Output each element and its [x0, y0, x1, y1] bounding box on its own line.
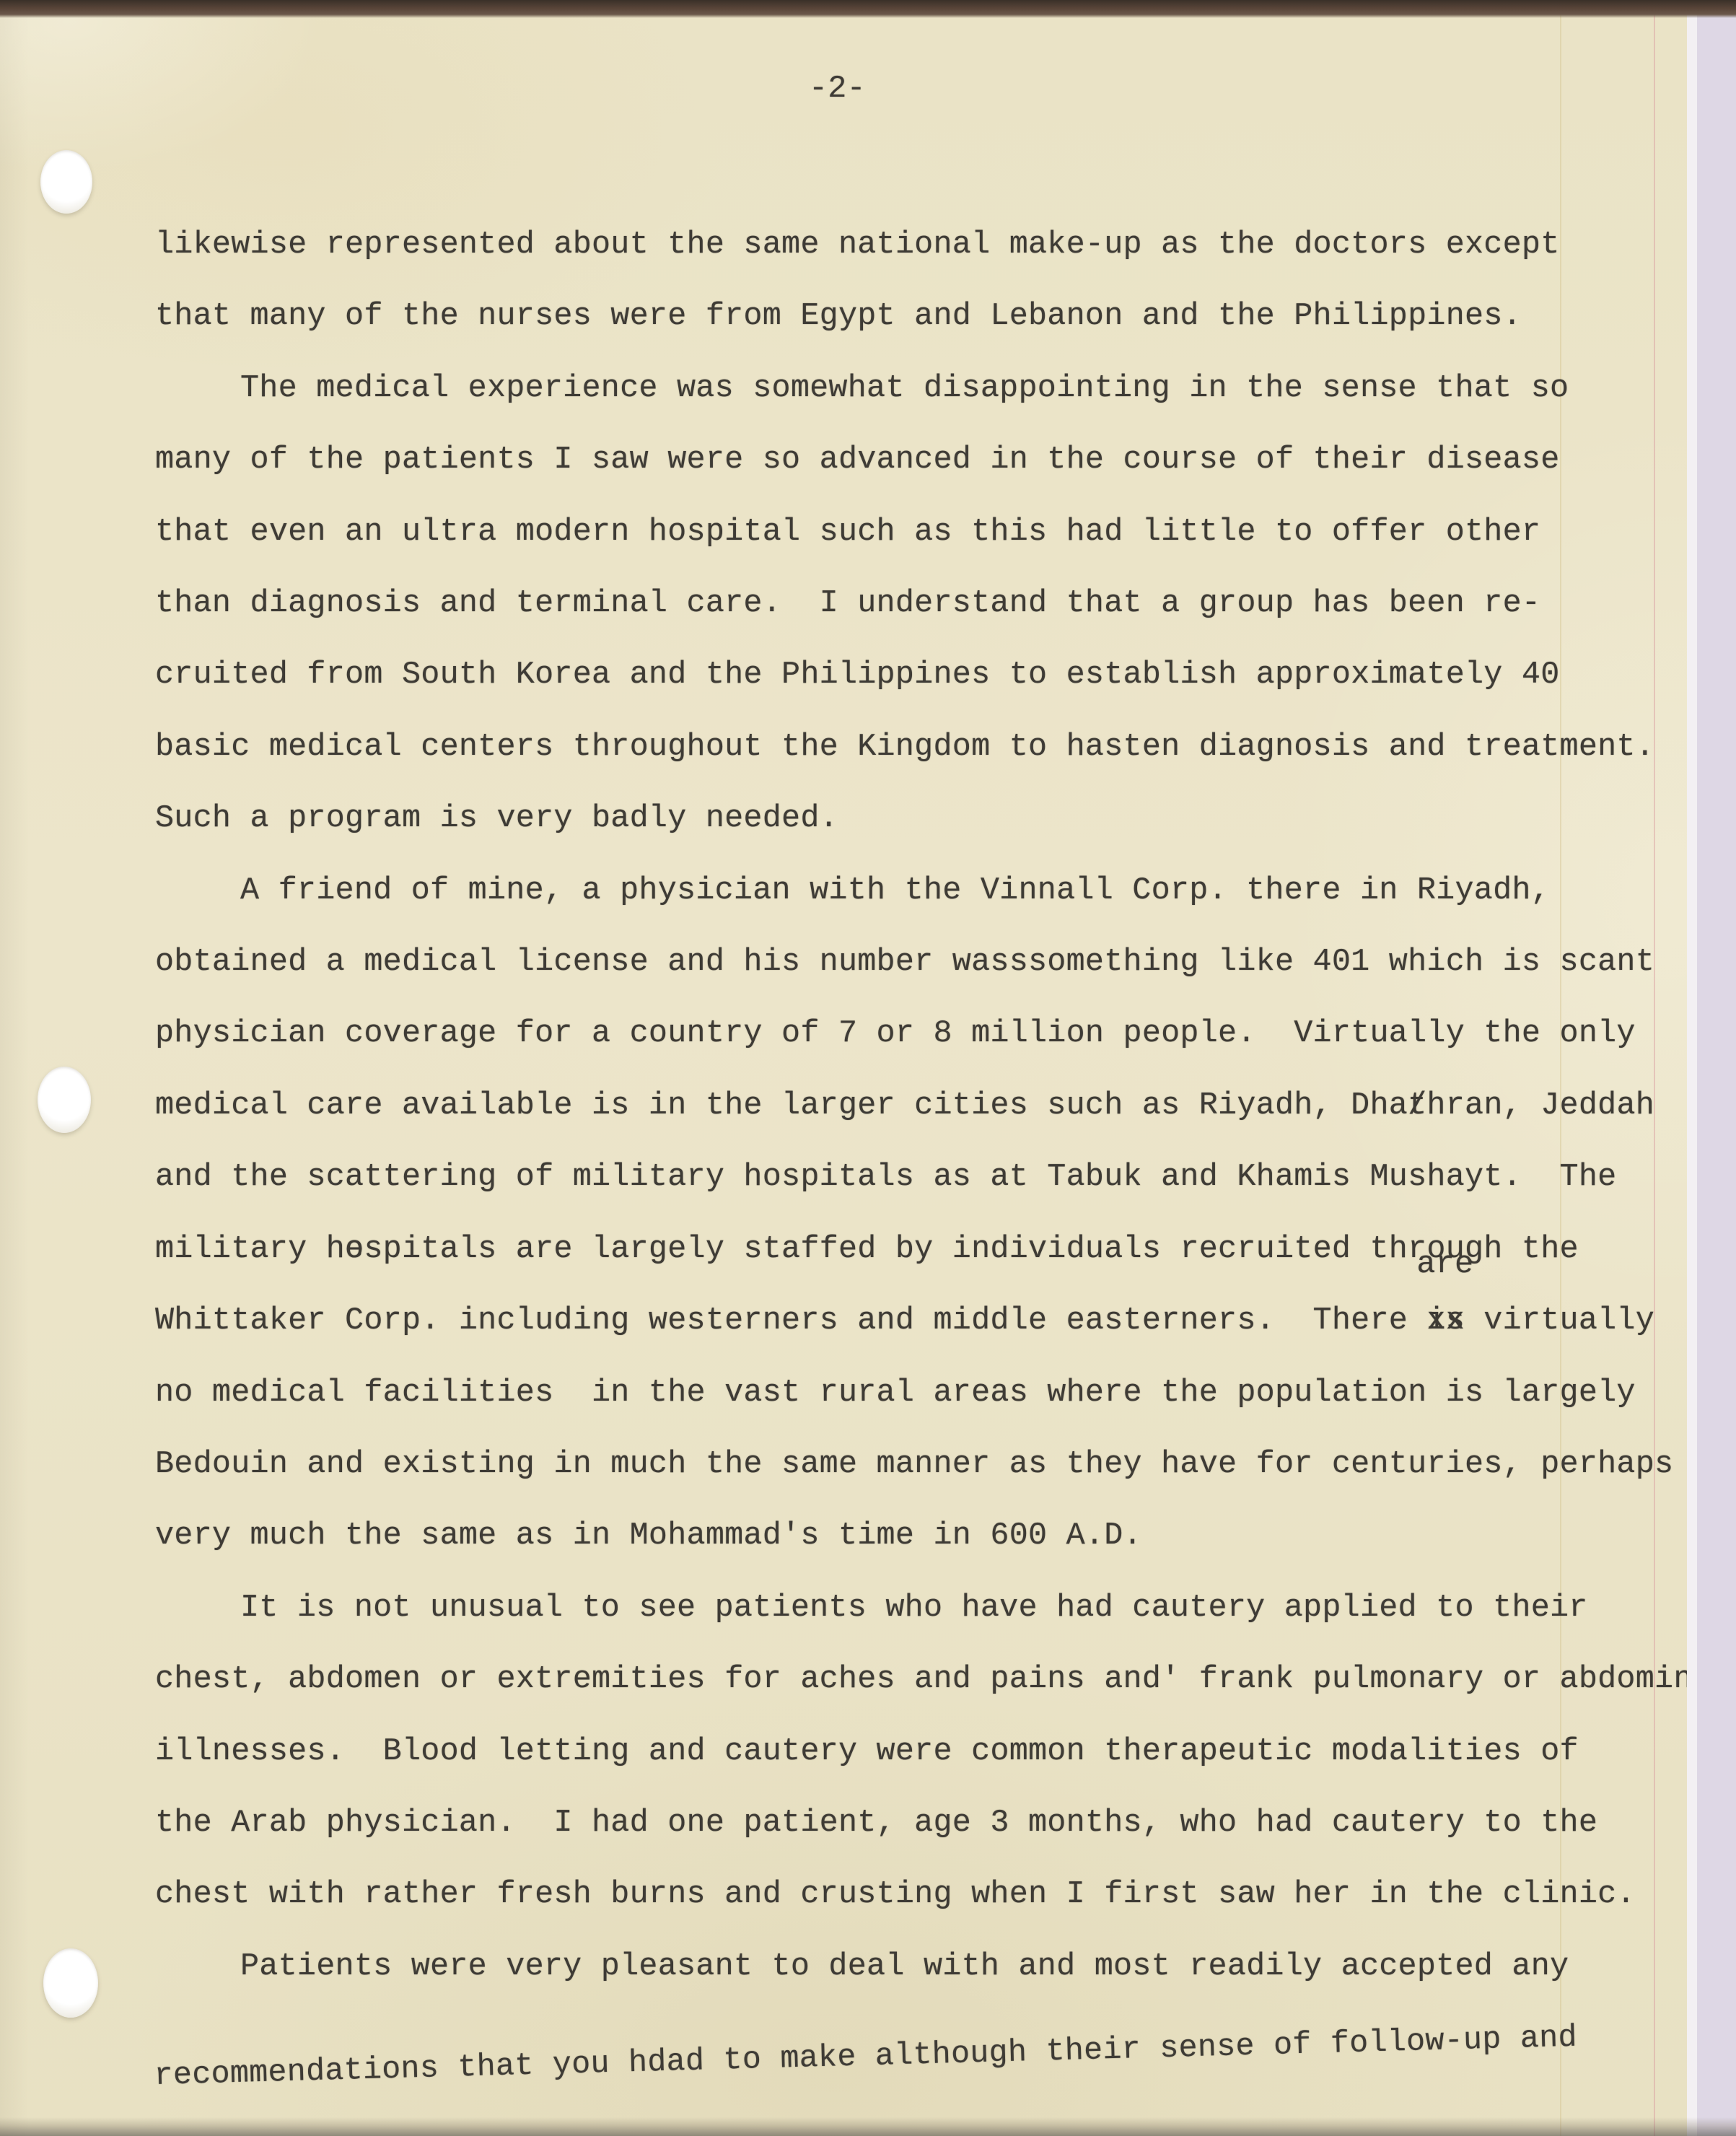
typed-correction-word: are — [1416, 1249, 1473, 1281]
hole-punch — [40, 150, 92, 214]
typed-line: The medical experience was somewhat disa… — [155, 353, 1735, 424]
typed-line: obtained a medical license and his numbe… — [155, 927, 1735, 998]
typed-line: chest with rather fresh burns and crusti… — [155, 1859, 1735, 1930]
typed-line: basic medical centers throughout the Kin… — [155, 712, 1735, 783]
typed-line: than diagnosis and terminal care. I unde… — [155, 568, 1735, 639]
typed-line: military hoespitals are largely staffed … — [155, 1214, 1735, 1285]
typed-line: illnesses. Blood letting and cautery wer… — [155, 1716, 1735, 1787]
document-body-text: likewise represented about the same nati… — [155, 209, 1735, 2002]
document-page: -2- likewise represented about the same … — [0, 0, 1736, 2136]
typo-correction: isxxare — [1426, 1285, 1465, 1357]
page-number: -2- — [809, 71, 866, 107]
typed-line: medical care available is in the larger … — [155, 1070, 1735, 1142]
typed-line: Whittaker Corp. including westerners and… — [155, 1285, 1735, 1357]
typed-line: that even an ultra modern hospital such … — [155, 496, 1735, 568]
typed-line: no medical facilities in the vast rural … — [155, 1357, 1735, 1429]
typed-line: and the scattering of military hospitals… — [155, 1142, 1735, 1213]
typed-line: that many of the nurses were from Egypt … — [155, 281, 1735, 352]
typed-line: physician coverage for a country of 7 or… — [155, 998, 1735, 1069]
scan-top-edge — [0, 0, 1736, 18]
typed-line: very much the same as in Mohammad's time… — [155, 1500, 1735, 1572]
typed-line: chest, abdomen or extremities for aches … — [155, 1644, 1735, 1715]
typed-line: Such a program is very badly needed. — [155, 783, 1735, 854]
typo-overstrike: oe — [345, 1214, 364, 1285]
typed-line-tilted: recommendations that you hdad to make al… — [154, 2017, 1684, 2096]
scanner-background — [1687, 0, 1736, 2136]
typed-line: the Arab physician. I had one patient, a… — [155, 1787, 1735, 1859]
typed-line: Bedouin and existing in much the same ma… — [155, 1429, 1735, 1500]
typed-line: A friend of mine, a physician with the V… — [155, 855, 1735, 927]
typo-overstrike: t/ — [1408, 1070, 1426, 1142]
paper-edge-shadow — [0, 2117, 1736, 2136]
hole-punch — [38, 1067, 91, 1133]
typed-line: It is not unusual to see patients who ha… — [155, 1572, 1735, 1644]
typed-line: Patients were very pleasant to deal with… — [155, 1931, 1735, 2002]
hole-punch — [43, 1948, 98, 2018]
typed-line: likewise represented about the same nati… — [155, 209, 1735, 281]
typed-line: cruited from South Korea and the Philipp… — [155, 639, 1735, 711]
typed-line: many of the patients I saw were so advan… — [155, 424, 1735, 496]
